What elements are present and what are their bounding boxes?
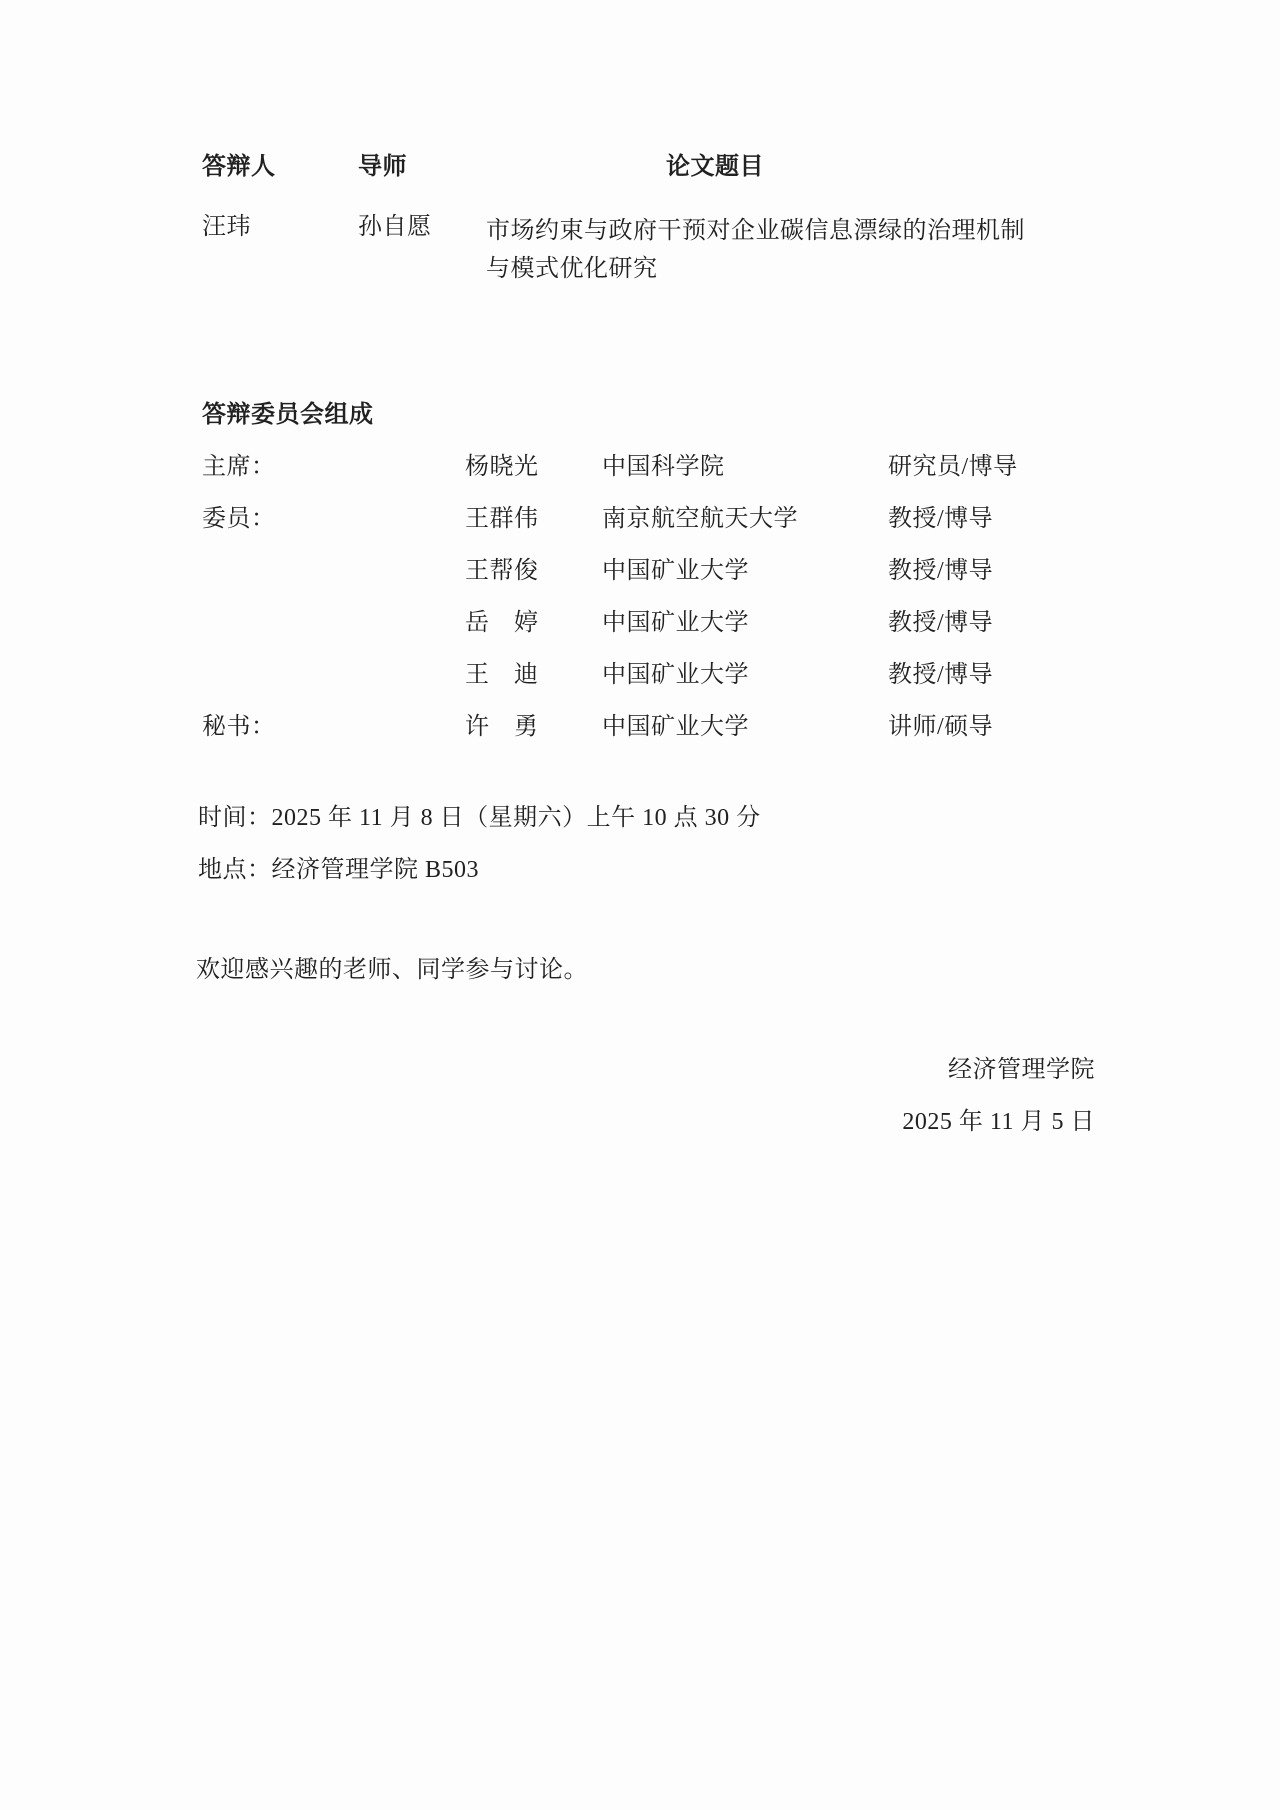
committee-row-chair: 主席： 杨晓光 中国科学院 研究员/博导 <box>0 452 1280 504</box>
member-title: 讲师/硕导 <box>888 712 993 742</box>
committee-list: 主席： 杨晓光 中国科学院 研究员/博导 委员： 王群伟 南京航空航天大学 教授… <box>0 452 1280 764</box>
member-title: 教授/博导 <box>888 504 993 534</box>
defense-location: 地点：经济管理学院 B503 <box>198 855 479 885</box>
member-institution: 中国矿业大学 <box>602 660 749 690</box>
member-name: 岳 婷 <box>465 608 539 638</box>
member-institution: 中国矿业大学 <box>602 712 749 742</box>
member-role: 秘书： <box>202 712 276 742</box>
document-page: 答辩人 导师 论文题目 汪玮 孙自愿 市场约束与政府干预对企业碳信息漂绿的治理机… <box>0 0 1280 1810</box>
member-role: 委员： <box>202 504 276 534</box>
invitation-text: 欢迎感兴趣的老师、同学参与讨论。 <box>196 955 588 985</box>
member-institution: 中国矿业大学 <box>602 608 749 638</box>
column-header-supervisor: 导师 <box>358 152 407 182</box>
signature-date: 2025 年 11 月 5 日 <box>600 1107 1095 1137</box>
member-name: 王帮俊 <box>465 556 539 586</box>
member-institution: 中国矿业大学 <box>602 556 749 586</box>
member-title: 教授/博导 <box>888 608 993 638</box>
member-title: 研究员/博导 <box>888 452 1018 482</box>
thesis-title: 市场约束与政府干预对企业碳信息漂绿的治理机制与模式优化研究 <box>486 212 1042 288</box>
committee-row-member: 委员： 王群伟 南京航空航天大学 教授/博导 <box>0 504 1280 556</box>
defense-time: 时间：2025 年 11 月 8 日（星期六）上午 10 点 30 分 <box>198 803 761 833</box>
signature-organization: 经济管理学院 <box>600 1055 1095 1085</box>
member-name: 许 勇 <box>465 712 539 742</box>
committee-heading: 答辩委员会组成 <box>202 400 374 430</box>
member-institution: 中国科学院 <box>602 452 725 482</box>
committee-row-member: 王帮俊 中国矿业大学 教授/博导 <box>0 556 1280 608</box>
defender-name: 汪玮 <box>202 212 251 242</box>
member-name: 杨晓光 <box>465 452 539 482</box>
committee-row-member: 王 迪 中国矿业大学 教授/博导 <box>0 660 1280 712</box>
member-title: 教授/博导 <box>888 556 993 586</box>
member-institution: 南京航空航天大学 <box>602 504 798 534</box>
committee-row-member: 岳 婷 中国矿业大学 教授/博导 <box>0 608 1280 660</box>
supervisor-name: 孙自愿 <box>358 212 432 242</box>
committee-row-secretary: 秘书： 许 勇 中国矿业大学 讲师/硕导 <box>0 712 1280 764</box>
member-name: 王群伟 <box>465 504 539 534</box>
member-role: 主席： <box>202 452 276 482</box>
column-header-defender: 答辩人 <box>202 152 276 182</box>
member-name: 王 迪 <box>465 660 539 690</box>
member-title: 教授/博导 <box>888 660 993 690</box>
column-header-thesis-title: 论文题目 <box>666 152 764 182</box>
signature-block: 经济管理学院 2025 年 11 月 5 日 <box>600 1055 1095 1137</box>
